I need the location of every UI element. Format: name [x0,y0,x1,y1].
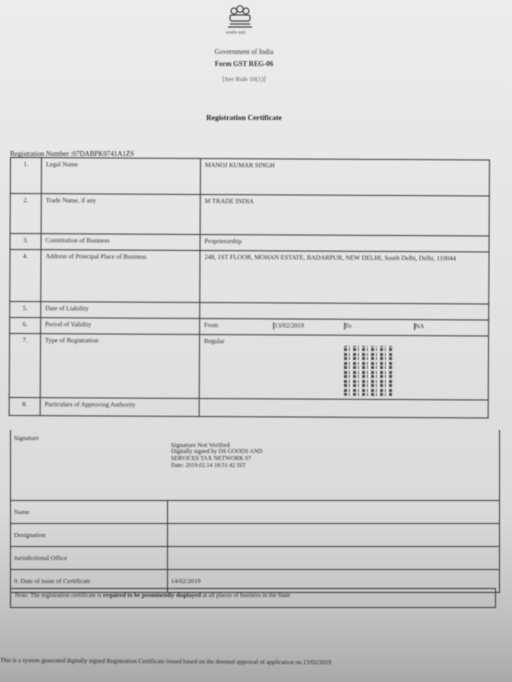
row-label: Designation [11,524,168,547]
row-number: 1. [10,158,41,194]
details-table: 1. Legal Name MANOJ KUMAR SINGH 2. Trade… [9,157,490,419]
signature-block: Signature Signature Not Verified Digital… [10,430,500,501]
qr-code-icon [344,346,394,396]
note-text-bold: required to be prominently displayed [103,592,201,599]
validity-to-date: NA [415,323,484,330]
row-value: M TRADE INDIA [200,194,489,236]
row-label: Date of Liability [41,302,200,319]
row-label: Period of Validity [41,318,200,335]
row-label: Jurisdictional Office [11,547,168,570]
header-government: Government of India [0,48,500,56]
authority-table: Name Designation Jurisdictional Office 9… [10,500,500,593]
row-label: Legal Name [41,158,200,195]
validity-from-date: 13/02/2019 [274,322,344,329]
row-value: Proprietorship [200,234,489,252]
row-value [168,524,500,547]
certificate-page: सत्यमेव जयते Government of India Form GS… [0,0,512,682]
row-number: 2. [10,194,41,234]
row-number: 7. [9,334,40,398]
signature-line: SERVICES TAX NETWORK 07 [171,456,263,463]
row-value: 248, 1ST FLOOR, MOHAN ESTATE, BADARPUR, … [200,250,489,304]
row-value [200,302,489,320]
signature-label: Signature [14,435,39,442]
table-row: Designation [11,524,500,547]
note-text-a: The registration certificate is [30,592,103,599]
table-row: Name [11,501,500,524]
row-value [168,501,500,524]
table-row: 8. Particulars of Approving Authority [9,397,488,418]
certificate-title: Registration Certificate [0,113,500,122]
signature-line: Digitally signed by DS GOODS AND [171,449,263,456]
validity-to-label: To [345,323,415,330]
table-row: Jurisdictional Office [11,547,500,570]
header-rule: [See Rule 10(1)] [0,76,500,83]
table-row: 2. Trade Name, if any M TRADE INDIA [10,194,489,237]
registration-type: Regular [204,338,225,345]
row-number: 3. [10,234,41,250]
signature-status: Signature Not Verified [171,442,263,449]
row-label: Type of Registration [40,334,199,399]
row-value [199,398,488,418]
signature-line: Date: 2019.02.14 18:51:42 IST [171,463,263,470]
national-emblem-icon [224,4,256,30]
table-row: 4. Address of Principal Place of Busines… [10,250,489,305]
row-number: 6. [10,318,41,334]
footer-statement: This is a system generated digitally sig… [0,657,512,668]
header-form: Form GST REG-06 [0,60,500,68]
validity-from-label: From [204,322,274,329]
row-number: 5. [10,302,41,318]
display-note: Note: The registration certificate is re… [10,588,496,608]
row-number: 4. [10,250,41,302]
row-label: Address of Principal Place of Business [41,250,200,303]
table-row: 1. Legal Name MANOJ KUMAR SINGH [10,158,489,197]
row-value: MANOJ KUMAR SINGH [200,158,489,196]
row-value-registration-type: Regular [199,334,488,400]
note-prefix: Note: [15,592,29,599]
validity-cell: From 13/02/2019 To NA [200,318,489,336]
row-number: 8. [9,397,40,415]
row-label: Trade Name, if any [41,194,200,235]
row-value [168,547,500,570]
digital-signature: Signature Not Verified Digitally signed … [171,442,263,470]
table-row: 7. Type of Registration Regular [9,334,488,401]
row-label: Constitution of Business [41,234,200,251]
row-label: Name [11,501,168,524]
emblem-caption: सत्यमेव जयते [226,30,245,36]
note-text-c: at all places of business in the State [201,592,290,599]
row-label: Particulars of Approving Authority [40,398,199,417]
